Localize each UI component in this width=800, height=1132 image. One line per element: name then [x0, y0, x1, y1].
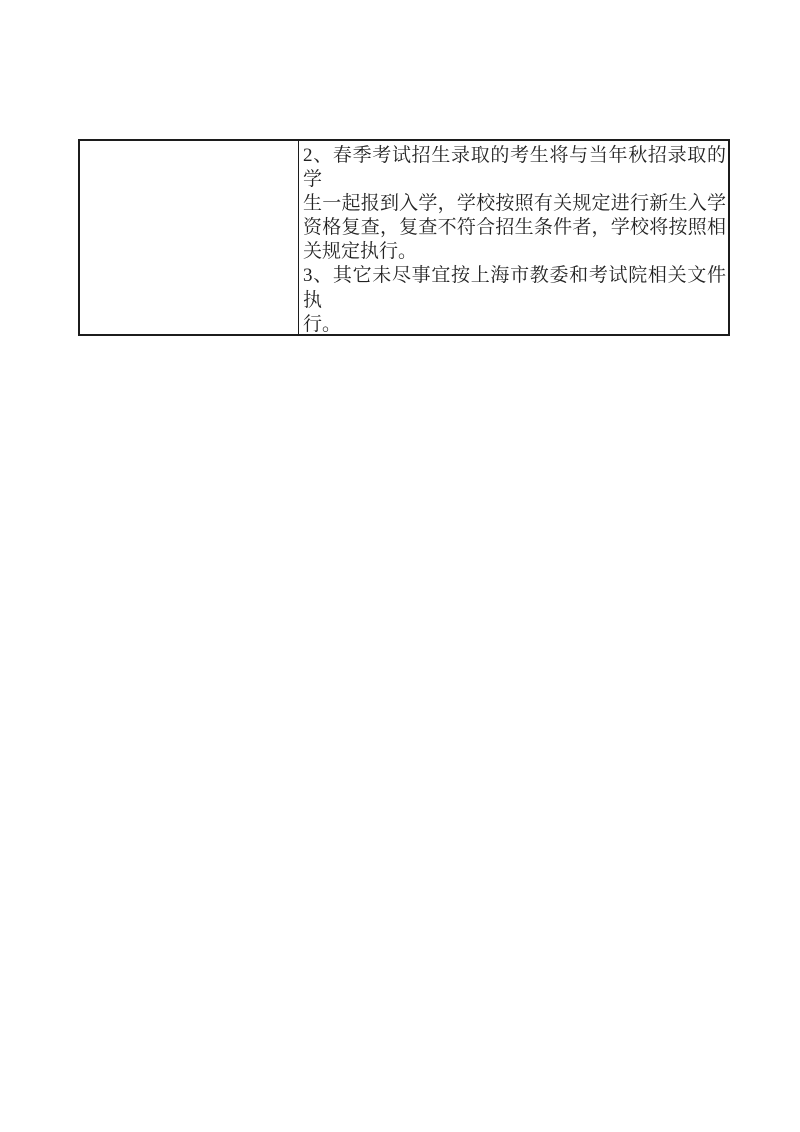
document-page: 2、春季考试招生录取的考生将与当年秋招录取的学 生一起报到入学，学校按照有关规定… [0, 0, 800, 1132]
table-cell-notes: 2、春季考试招生录取的考生将与当年秋招录取的学 生一起报到入学，学校按照有关规定… [299, 141, 728, 334]
notes-line: 资格复查，复查不符合招生条件者，学校将按照相 [303, 216, 726, 240]
notes-line: 行。 [303, 313, 726, 334]
table-cell-left-empty [80, 141, 299, 334]
notes-line: 生一起报到入学，学校按照有关规定进行新生入学 [303, 192, 726, 216]
notes-line: 2、春季考试招生录取的考生将与当年秋招录取的学 [303, 144, 726, 192]
admission-notes-table: 2、春季考试招生录取的考生将与当年秋招录取的学 生一起报到入学，学校按照有关规定… [78, 139, 730, 336]
notes-line: 3、其它未尽事宜按上海市教委和考试院相关文件执 [303, 264, 726, 312]
notes-line: 关规定执行。 [303, 240, 726, 264]
